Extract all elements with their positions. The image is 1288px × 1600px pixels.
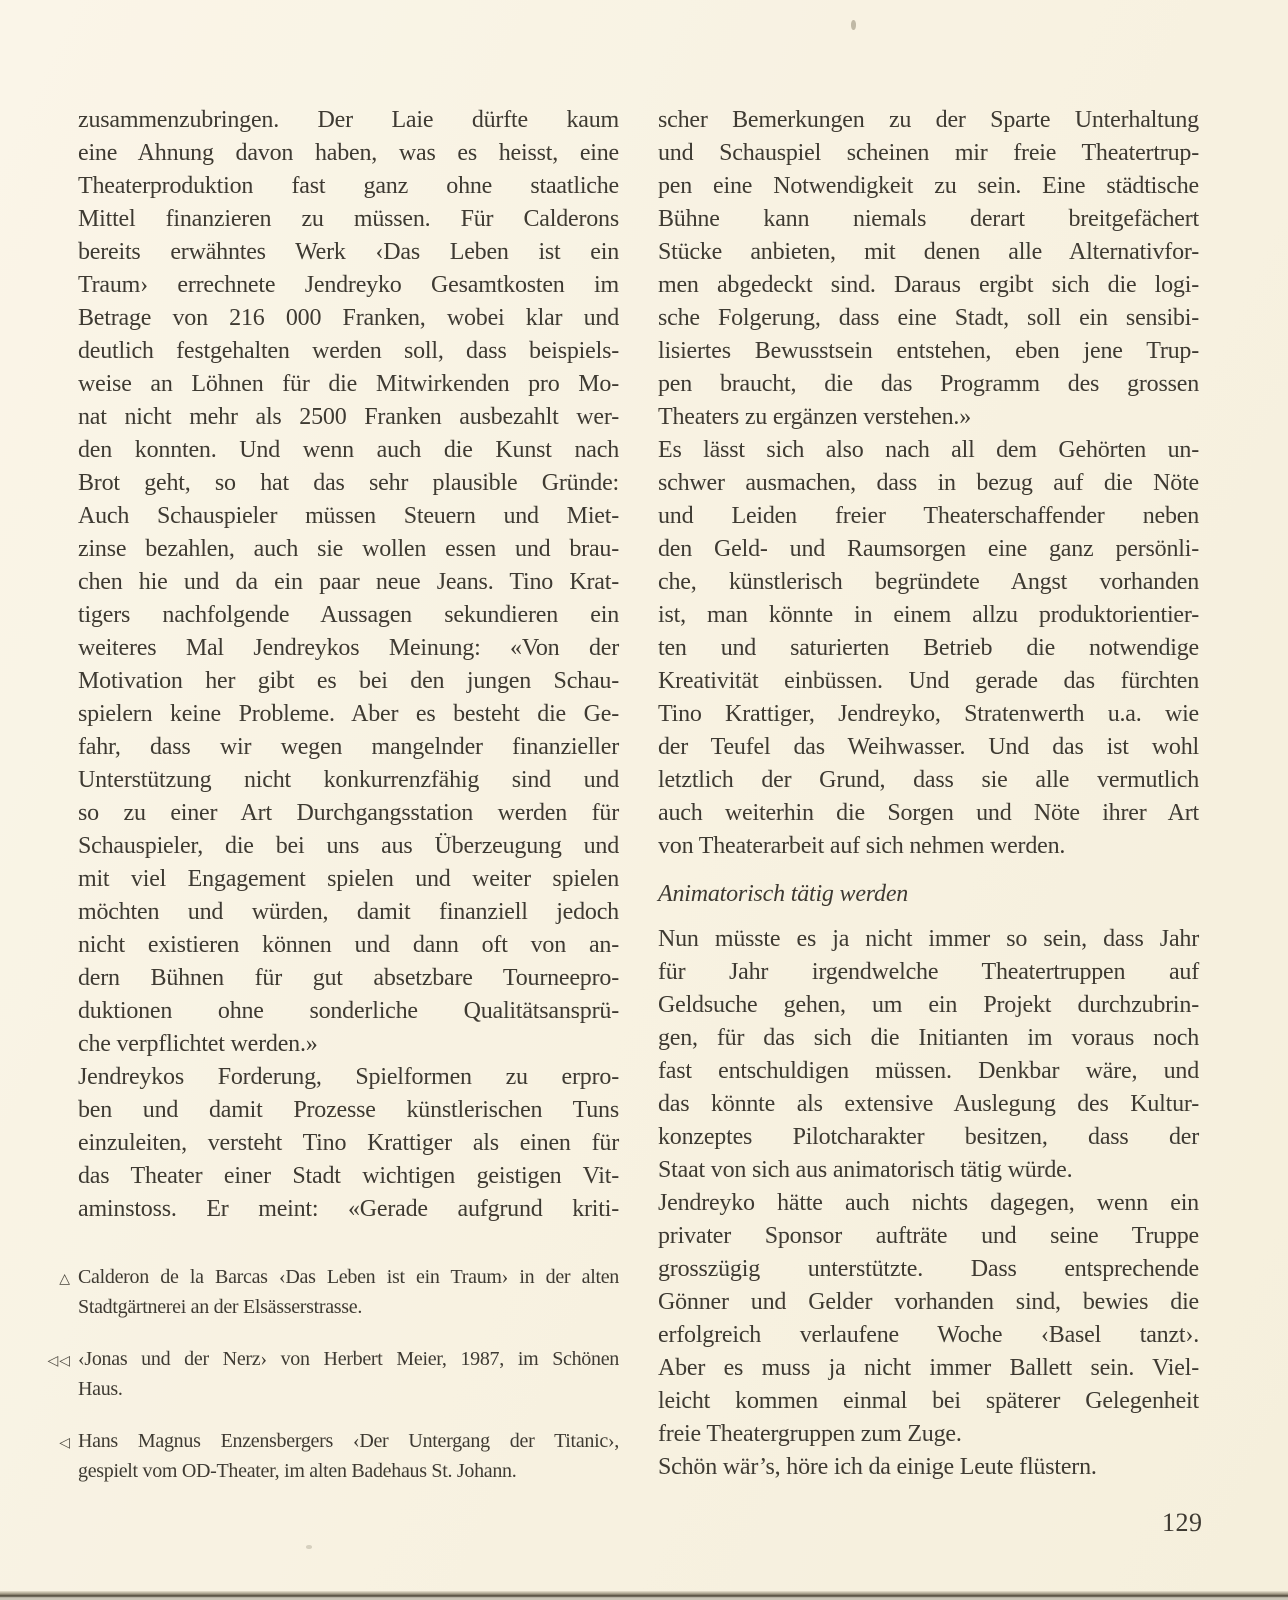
text-line: eine Ahnung davon haben, was es heisst, …: [78, 137, 619, 170]
text-line: Traum› errechnete Jendreyko Gesamtkosten…: [78, 269, 619, 302]
text-line: Tino Krattiger, Jendreyko, Stratenwerth …: [658, 698, 1199, 731]
text-line: Mittel finanzieren zu müssen. Für Calder…: [78, 203, 619, 236]
footnote: ◁◁‹Jonas und der Nerz› von Herbert Meier…: [78, 1344, 619, 1404]
text-line: pen braucht, die das Programm des grosse…: [658, 368, 1199, 401]
text-line: Jendreykos Forderung, Spielformen zu erp…: [78, 1061, 619, 1094]
text-line: Schön wär’s, höre ich da einige Leute fl…: [658, 1451, 1199, 1484]
text-line: konzeptes Pilotcharakter besitzen, dass …: [658, 1121, 1199, 1154]
text-line: chen hie und da ein paar neue Jeans. Tin…: [78, 566, 619, 599]
footnote-line: Haus.: [78, 1374, 619, 1404]
text-line: pen eine Notwendigkeit zu sein. Eine stä…: [658, 170, 1199, 203]
text-line: bereits erwähntes Werk ‹Das Leben ist ei…: [78, 236, 619, 269]
text-line: dern Bühnen für gut absetzbare Tourneepr…: [78, 962, 619, 995]
text-line: lisiertes Bewusstsein entstehen, eben je…: [658, 335, 1199, 368]
text-line: fahr, dass wir wegen mangelnder finanzie…: [78, 731, 619, 764]
scan-speck: [306, 1545, 312, 1549]
text-line: weiteres Mal Jendreykos Meinung: «Von de…: [78, 632, 619, 665]
footnote-line: gespielt vom OD-Theater, im alten Badeha…: [78, 1456, 619, 1486]
text-line: nicht existieren können und dann oft von…: [78, 929, 619, 962]
footnote: ◁Hans Magnus Enzensbergers ‹Der Untergan…: [78, 1426, 619, 1486]
page-number: 129: [1162, 1508, 1203, 1538]
text-line: Nun müsste es ja nicht immer so sein, da…: [658, 923, 1199, 956]
text-line: Kreativität einbüssen. Und gerade das fü…: [658, 665, 1199, 698]
text-line: und Schauspiel scheinen mir freie Theate…: [658, 137, 1199, 170]
text-line: zusammenzubringen. Der Laie dürfte kaum: [78, 104, 619, 137]
text-line: mit viel Engagement spielen und weiter s…: [78, 863, 619, 896]
text-line: den Geld- und Raumsorgen eine ganz persö…: [658, 533, 1199, 566]
text-line: men abgedeckt sind. Daraus ergibt sich d…: [658, 269, 1199, 302]
text-line: tigers nachfolgende Aussagen sekundieren…: [78, 599, 619, 632]
text-line: Stücke anbieten, mit denen alle Alternat…: [658, 236, 1199, 269]
triangle-marker-icon: ◁◁: [47, 1346, 71, 1376]
text-line: Gönner und Gelder vorhanden sind, bewies…: [658, 1286, 1199, 1319]
text-line: fast entschuldigen müssen. Denkbar wäre,…: [658, 1055, 1199, 1088]
text-line: Theaterproduktion fast ganz ohne staatli…: [78, 170, 619, 203]
triangle-marker-icon: △: [59, 1264, 71, 1294]
text-line: das könnte als extensive Auslegung des K…: [658, 1088, 1199, 1121]
section-heading: Animatorisch tätig werden: [658, 878, 1199, 911]
triangle-marker-icon: ◁: [59, 1428, 71, 1458]
text-line: Motivation her gibt es bei den jungen Sc…: [78, 665, 619, 698]
text-line: erfolgreich verlaufene Woche ‹Basel tanz…: [658, 1319, 1199, 1352]
text-line: zinse bezahlen, auch sie wollen essen un…: [78, 533, 619, 566]
text-line: letztlich der Grund, dass sie alle vermu…: [658, 764, 1199, 797]
text-line: privater Sponsor aufträte und seine Trup…: [658, 1220, 1199, 1253]
text-line: so zu einer Art Durchgangsstation werden…: [78, 797, 619, 830]
text-line: nat nicht mehr als 2500 Franken ausbezah…: [78, 401, 619, 434]
text-line: Theaters zu ergänzen verstehen.»: [658, 401, 1199, 434]
text-line: Geldsuche gehen, um ein Projekt durchzub…: [658, 989, 1199, 1022]
text-line: und Leiden freier Theaterschaffender neb…: [658, 500, 1199, 533]
text-line: von Theaterarbeit auf sich nehmen werden…: [658, 830, 1199, 863]
text-line: scher Bemerkungen zu der Sparte Unterhal…: [658, 104, 1199, 137]
text-line: Schauspieler, die bei uns aus Überzeugun…: [78, 830, 619, 863]
text-line: einzuleiten, versteht Tino Krattiger als…: [78, 1127, 619, 1160]
left-column: zusammenzubringen. Der Laie dürfte kaume…: [78, 104, 619, 1226]
text-line: das Theater einer Stadt wichtigen geisti…: [78, 1160, 619, 1193]
text-line: leicht kommen einmal bei späterer Gelege…: [658, 1385, 1199, 1418]
text-line: Auch Schauspieler müssen Steuern und Mie…: [78, 500, 619, 533]
text-line: für Jahr irgendwelche Theatertruppen auf: [658, 956, 1199, 989]
footnote: △Calderon de la Barcas ‹Das Leben ist ei…: [78, 1262, 619, 1322]
text-line: Brot geht, so hat das sehr plausible Grü…: [78, 467, 619, 500]
text-line: möchten und würden, damit finanziell jed…: [78, 896, 619, 929]
text-line: ist, man könnte in einem allzu produktor…: [658, 599, 1199, 632]
text-line: Jendreyko hätte auch nichts dagegen, wen…: [658, 1187, 1199, 1220]
text-line: deutlich festgehalten werden soll, dass …: [78, 335, 619, 368]
text-line: aminstoss. Er meint: «Gerade aufgrund kr…: [78, 1193, 619, 1226]
text-line: sche Folgerung, dass eine Stadt, soll ei…: [658, 302, 1199, 335]
text-line: Es lässt sich also nach all dem Gehörten…: [658, 434, 1199, 467]
text-line: Betrage von 216 000 Franken, wobei klar …: [78, 302, 619, 335]
text-line: ten und saturierten Betrieb die notwendi…: [658, 632, 1199, 665]
text-line: der Teufel das Weihwasser. Und das ist w…: [658, 731, 1199, 764]
text-line: che, künstlerisch begründete Angst vorha…: [658, 566, 1199, 599]
footnote-line: ‹Jonas und der Nerz› von Herbert Meier, …: [78, 1344, 619, 1374]
footnotes-block: △Calderon de la Barcas ‹Das Leben ist ei…: [78, 1262, 619, 1508]
text-line: weise an Löhnen für die Mitwirkenden pro…: [78, 368, 619, 401]
footnote-line: Stadtgärtnerei an der Elsässerstrasse.: [78, 1292, 619, 1322]
text-line: freie Theatergruppen zum Zuge.: [658, 1418, 1199, 1451]
text-line: grosszügig unterstützte. Dass entspreche…: [658, 1253, 1199, 1286]
text-line: den konnten. Und wenn auch die Kunst nac…: [78, 434, 619, 467]
text-line: duktionen ohne sonderliche Qualitätsansp…: [78, 995, 619, 1028]
footnote-line: Hans Magnus Enzensbergers ‹Der Untergang…: [78, 1426, 619, 1456]
text-line: che verpflichtet werden.»: [78, 1028, 619, 1061]
text-line: ben und damit Prozesse künstlerischen Tu…: [78, 1094, 619, 1127]
text-line: Unterstützung nicht konkurrenzfähig sind…: [78, 764, 619, 797]
text-line: auch weiterhin die Sorgen und Nöte ihrer…: [658, 797, 1199, 830]
text-line: Staat von sich aus animatorisch tätig wü…: [658, 1154, 1199, 1187]
text-line: Aber es muss ja nicht immer Ballett sein…: [658, 1352, 1199, 1385]
scan-bottom-edge: [0, 1591, 1288, 1600]
text-line: spielern keine Probleme. Aber es besteht…: [78, 698, 619, 731]
scanned-book-page: zusammenzubringen. Der Laie dürfte kaume…: [0, 0, 1288, 1600]
footnote-line: Calderon de la Barcas ‹Das Leben ist ein…: [78, 1262, 619, 1292]
text-line: gen, für das sich die Initianten im vora…: [658, 1022, 1199, 1055]
scan-speck: [851, 20, 856, 30]
text-line: schwer ausmachen, dass in bezug auf die …: [658, 467, 1199, 500]
right-column: scher Bemerkungen zu der Sparte Unterhal…: [658, 104, 1199, 1484]
text-line: Bühne kann niemals derart breitgefächert: [658, 203, 1199, 236]
